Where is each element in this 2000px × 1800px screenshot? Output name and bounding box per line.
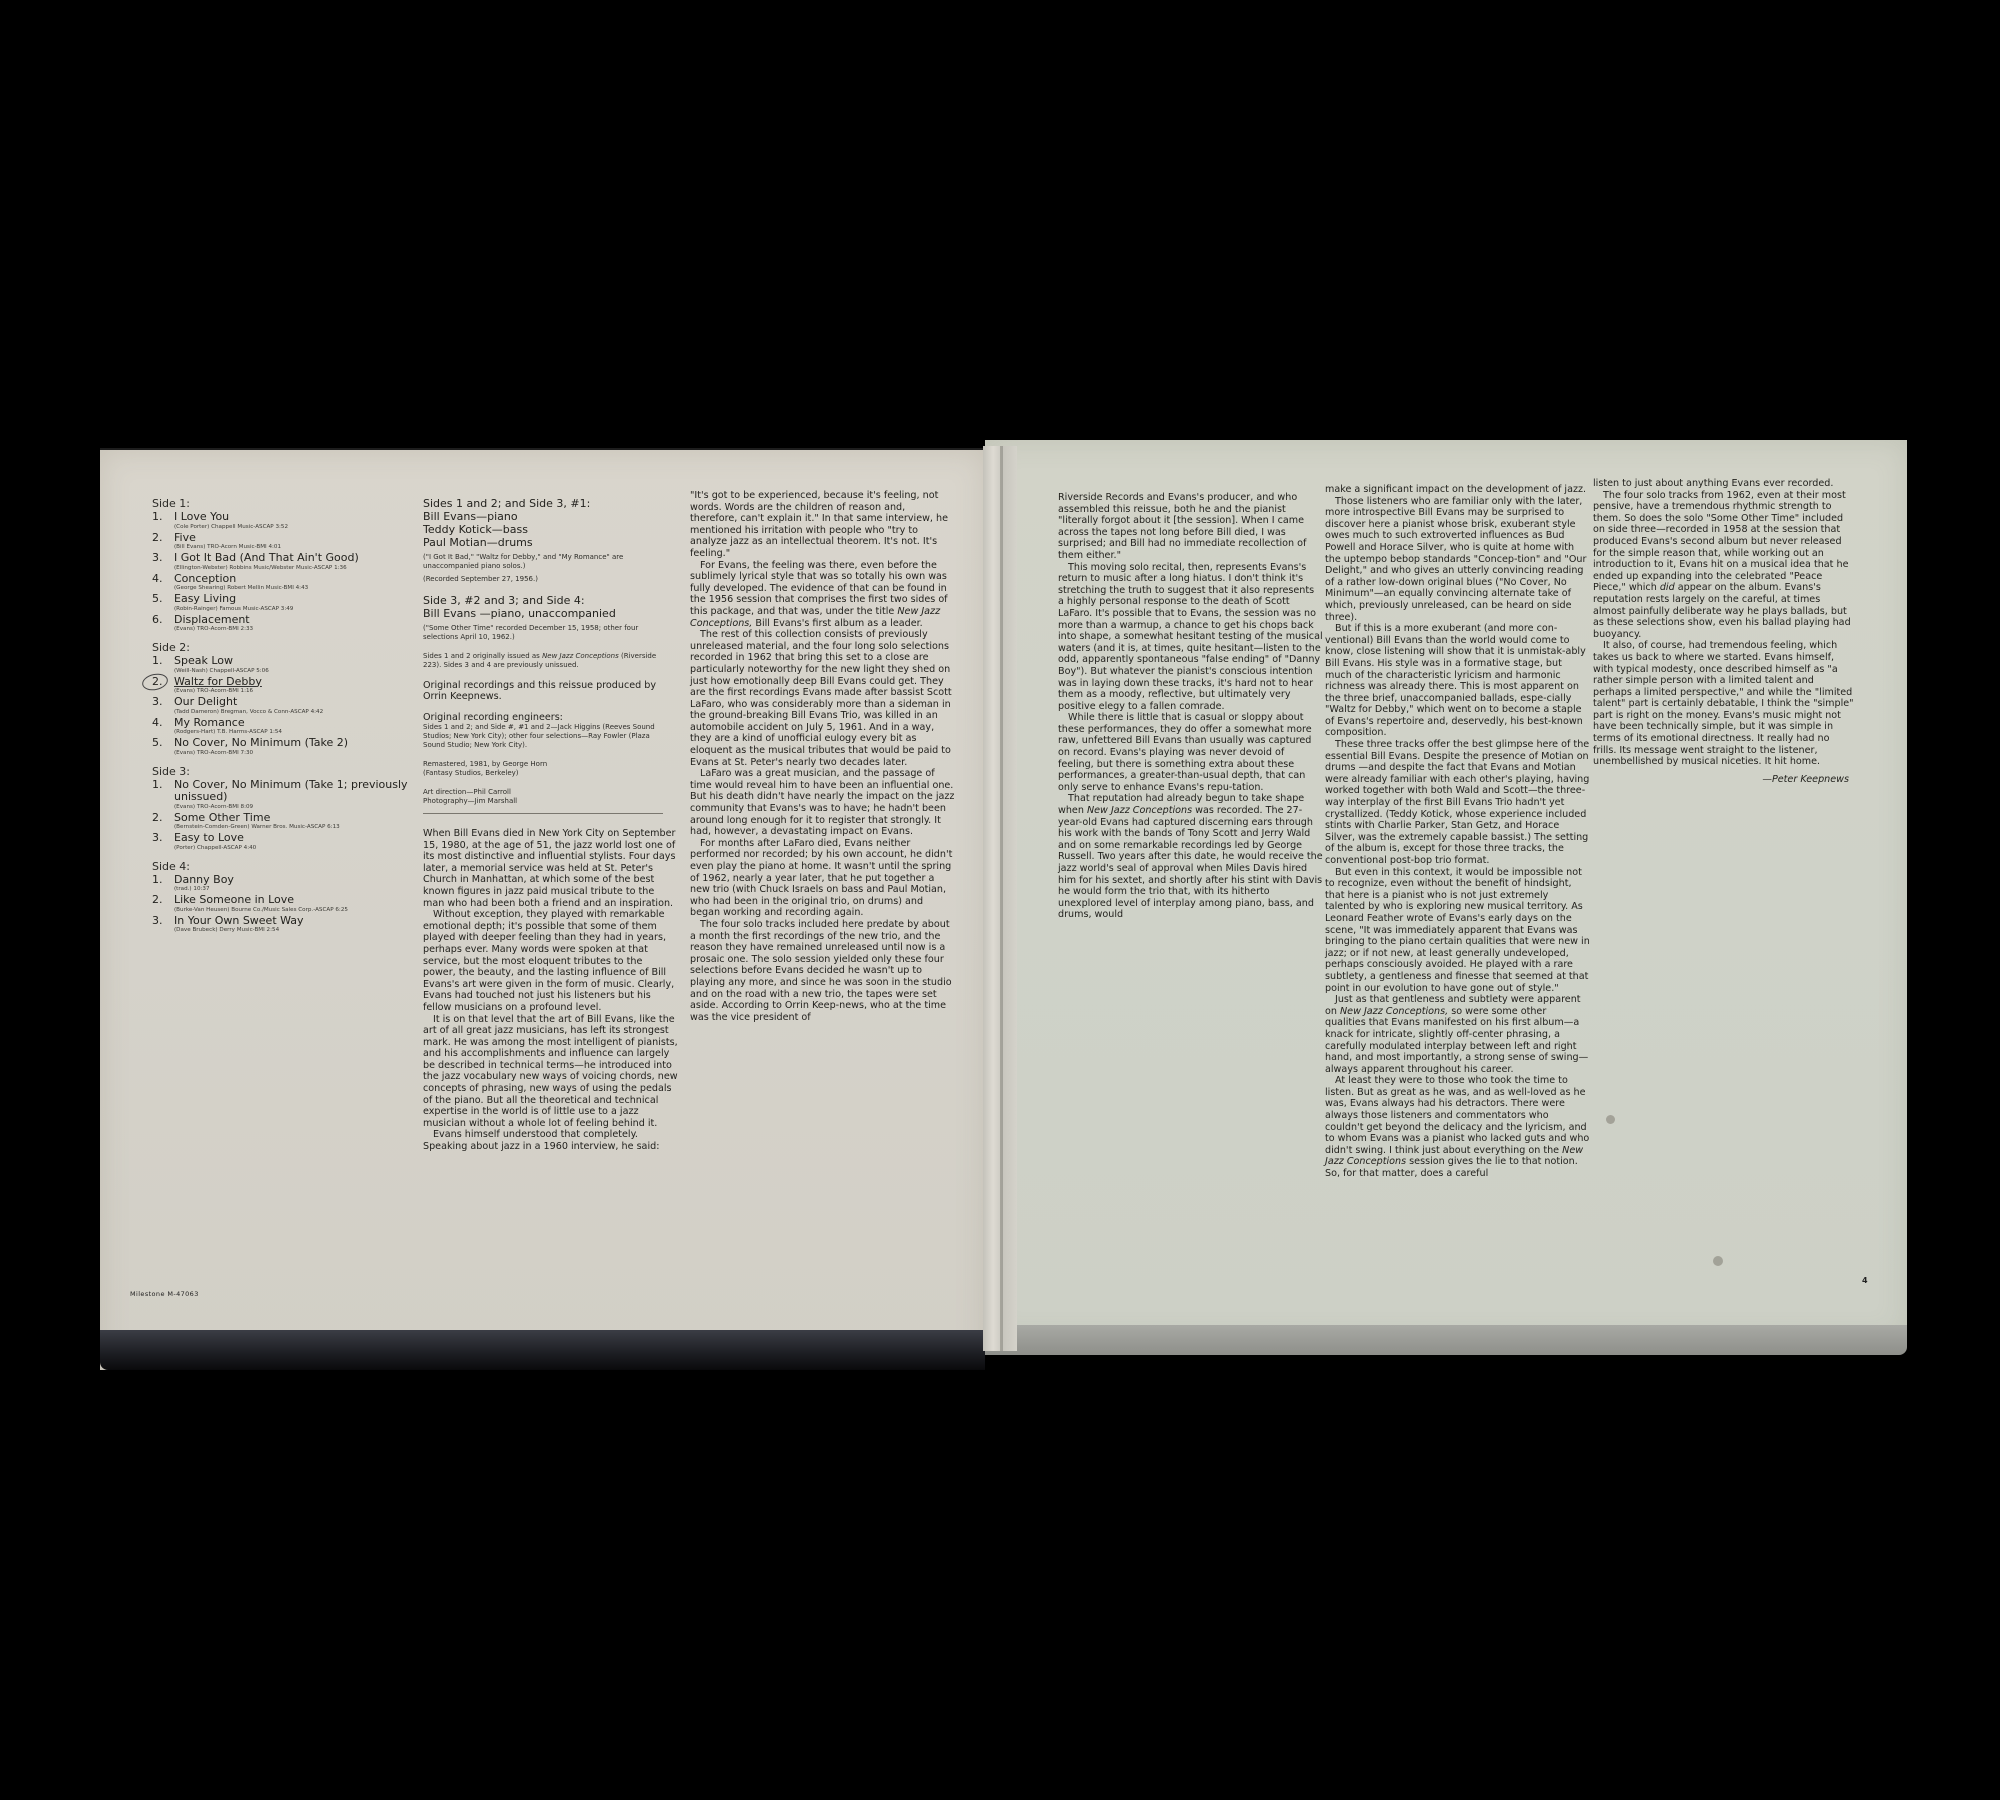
essay-paragraph: Just as that gentleness and subtlety wer… (1325, 994, 1590, 1075)
track-credit: (Evans) TRO-Acorn-BMI 8:09 (174, 804, 432, 811)
track-number: 2. (152, 676, 174, 696)
engineers-heading: Original recording engineers: (423, 712, 673, 723)
personnel-line: Paul Motian—drums (423, 536, 673, 549)
track-title: In Your Own Sweet Way (174, 915, 432, 928)
track-number: 2. (152, 812, 174, 832)
track-item: 3.Easy to Love(Porter) Chappell-ASCAP 4:… (152, 832, 432, 852)
tracklist: Side 1: 1.I Love You(Cole Porter) Chappe… (152, 497, 432, 934)
catalog-number: Milestone M-47063 (130, 1290, 199, 1298)
producer-credit: Original recordings and this reissue pro… (423, 680, 673, 702)
session1-heading: Sides 1 and 2; and Side 3, #1: (423, 497, 673, 510)
track-item: 1.Speak Low(Weill-Nash) Chappell-ASCAP 5… (152, 655, 432, 675)
personnel-line: Bill Evans —piano, unaccompanied (423, 607, 673, 620)
session2-note: ("Some Other Time" recorded December 15,… (423, 624, 673, 642)
essay-paragraph: Evans himself understood that completely… (423, 1129, 678, 1152)
track-item: 4.Conception(George Shearing) Robert Mel… (152, 573, 432, 593)
track-item: 1.I Love You(Cole Porter) Chappell Music… (152, 511, 432, 531)
track-title: No Cover, No Minimum (Take 1; previously… (174, 779, 432, 804)
track-number: 4. (152, 717, 174, 737)
track-item: 6.Displacement(Evans) TRO-Acorn-BMI 2:33 (152, 614, 432, 634)
personnel-credits: Sides 1 and 2; and Side 3, #1: Bill Evan… (423, 497, 673, 806)
track-item: 5.No Cover, No Minimum (Take 2)(Evans) T… (152, 737, 432, 757)
track-item: 2.Some Other Time(Bernstein-Comden-Green… (152, 812, 432, 832)
track-credit: (Burke-Van Heusen) Bourne Co./Music Sale… (174, 907, 432, 914)
remastered-studio: (Fantasy Studios, Berkeley) (423, 769, 673, 778)
track-number: 1. (152, 511, 174, 531)
remastered-credit: Remastered, 1981, by George Horn (423, 760, 673, 769)
essay-paragraph: But if this is a more exuberant (and mor… (1325, 623, 1590, 739)
essay-paragraph: Riverside Records and Evans's producer, … (1058, 492, 1323, 562)
track-title: My Romance (174, 717, 432, 730)
essay-paragraph: listen to just about anything Evans ever… (1593, 478, 1855, 490)
track-title: Some Other Time (174, 812, 432, 825)
track-credit: (Tadd Dameron) Bregman, Vocco & Conn-ASC… (174, 709, 432, 716)
track-title: Conception (174, 573, 432, 586)
side-heading: Side 4: (152, 860, 432, 873)
stain-spot (1606, 1115, 1615, 1124)
track-title: I Got It Bad (And That Ain't Good) (174, 552, 432, 565)
track-credit: (Bernstein-Comden-Green) Warner Bros. Mu… (174, 824, 432, 831)
track-title: Danny Boy (174, 874, 432, 887)
track-credit: (Porter) Chappell-ASCAP 4:40 (174, 845, 432, 852)
track-title: Five (174, 532, 432, 545)
track-number: 1. (152, 874, 174, 894)
essay-paragraph: For months after LaFaro died, Evans neit… (690, 838, 955, 919)
session1-date: (Recorded September 27, 1956.) (423, 575, 673, 584)
liner-notes-column-4: make a significant impact on the develop… (1325, 484, 1590, 1180)
essay-paragraph: It also, of course, had tremendous feeli… (1593, 640, 1855, 768)
track-credit: (Evans) TRO-Acorn-BMI 1:16 (174, 688, 432, 695)
essay-paragraph: LaFaro was a great musician, and the pas… (690, 768, 955, 838)
session1-note: ("I Got It Bad," "Waltz for Debby," and … (423, 553, 673, 571)
original-issue-note: Sides 1 and 2 originally issued as New J… (423, 652, 673, 670)
track-credit: (Dave Brubeck) Derry Music-BMI 2:54 (174, 927, 432, 934)
essay-paragraph: At least they were to those who took the… (1325, 1075, 1590, 1179)
track-credit: (George Shearing) Robert Mellin Music-BM… (174, 585, 432, 592)
track-number: 1. (152, 779, 174, 811)
essay-paragraph: This moving solo recital, then, represen… (1058, 562, 1323, 713)
essay-paragraph: But even in this context, it would be im… (1325, 867, 1590, 995)
track-credit: (Bill Evans) TRO-Acorn Music-BMI 4:01 (174, 544, 432, 551)
essay-paragraph: Those listeners who are familiar only wi… (1325, 496, 1590, 624)
side-heading: Side 2: (152, 641, 432, 654)
track-title: Easy Living (174, 593, 432, 606)
spine-fold-line (1000, 446, 1003, 1351)
track-number: 5. (152, 737, 174, 757)
personnel-line: Bill Evans—piano (423, 510, 673, 523)
track-item: 3.In Your Own Sweet Way(Dave Brubeck) De… (152, 915, 432, 935)
track-credit: (Evans) TRO-Acorn-BMI 7:30 (174, 750, 432, 757)
track-title: Like Someone in Love (174, 894, 432, 907)
photography-credit: Photography—Jim Marshall (423, 797, 673, 806)
liner-notes-column-5: listen to just about anything Evans ever… (1593, 478, 1855, 785)
track-number: 6. (152, 614, 174, 634)
stain-spot (1713, 1256, 1723, 1266)
track-item: 5.Easy Living(Robin-Rainger) Famous Musi… (152, 593, 432, 613)
track-number: 2. (152, 532, 174, 552)
track-item: 2.Waltz for Debby(Evans) TRO-Acorn-BMI 1… (152, 676, 432, 696)
track-item: 4.My Romance(Rodgers-Hart) T.B. Harms-AS… (152, 717, 432, 737)
track-credit: (Evans) TRO-Acorn-BMI 2:33 (174, 626, 432, 633)
track-credit: (Rodgers-Hart) T.B. Harms-ASCAP 1:54 (174, 729, 432, 736)
track-number: 1. (152, 655, 174, 675)
side-heading: Side 3: (152, 765, 432, 778)
essay-paragraph: The four solo tracks included here preda… (690, 919, 955, 1023)
personnel-line: Teddy Kotick—bass (423, 523, 673, 536)
track-credit: (Cole Porter) Chappell Music-ASCAP 3:52 (174, 524, 432, 531)
essay-paragraph: Without exception, they played with rema… (423, 909, 678, 1013)
track-title: Easy to Love (174, 832, 432, 845)
track-title: No Cover, No Minimum (Take 2) (174, 737, 432, 750)
track-credit: (trad.) 10:37 (174, 886, 432, 893)
track-credit: (Robin-Rainger) Famous Music-ASCAP 3:49 (174, 606, 432, 613)
right-panel-bottom-edge (985, 1325, 1907, 1355)
section-divider (423, 813, 663, 814)
track-credit: (Weill-Nash) Chappell-ASCAP 5:06 (174, 668, 432, 675)
essay-paragraph: make a significant impact on the develop… (1325, 484, 1590, 496)
essay-paragraph: These three tracks offer the best glimps… (1325, 739, 1590, 867)
track-title: Waltz for Debby (174, 676, 432, 689)
liner-notes-column-1: When Bill Evans died in New York City on… (423, 828, 678, 1153)
essay-paragraph: While there is little that is casual or … (1058, 712, 1323, 793)
track-number: 3. (152, 552, 174, 572)
page-number: 4 (1862, 1276, 1868, 1285)
track-title: Displacement (174, 614, 432, 627)
track-number: 3. (152, 832, 174, 852)
author-signature: —Peter Keepnews (1593, 774, 1855, 786)
track-item: 2.Like Someone in Love(Burke-Van Heusen)… (152, 894, 432, 914)
track-credit: (Ellington-Webster) Robbins Music/Webste… (174, 565, 432, 572)
essay-paragraph: The four solo tracks from 1962, even at … (1593, 490, 1855, 641)
track-number: 3. (152, 696, 174, 716)
essay-paragraph: It is on that level that the art of Bill… (423, 1014, 678, 1130)
essay-paragraph: That reputation had already begun to tak… (1058, 793, 1323, 921)
track-number: 5. (152, 593, 174, 613)
track-item: 3.Our Delight(Tadd Dameron) Bregman, Voc… (152, 696, 432, 716)
session2-heading: Side 3, #2 and 3; and Side 4: (423, 594, 673, 607)
track-number: 4. (152, 573, 174, 593)
left-panel-bottom-edge (100, 1330, 985, 1370)
liner-notes-column-2: "It's got to be experienced, because it'… (690, 490, 955, 1023)
track-number: 2. (152, 894, 174, 914)
liner-notes-column-3: Riverside Records and Evans's producer, … (1058, 492, 1323, 921)
track-item: 1.No Cover, No Minimum (Take 1; previous… (152, 779, 432, 811)
track-title: Our Delight (174, 696, 432, 709)
track-title: Speak Low (174, 655, 432, 668)
essay-paragraph: For Evans, the feeling was there, even b… (690, 560, 955, 630)
track-item: 1.Danny Boy(trad.) 10:37 (152, 874, 432, 894)
track-item: 3.I Got It Bad (And That Ain't Good)(Ell… (152, 552, 432, 572)
engineers-detail: Sides 1 and 2; and Side #, #1 and 2—Jack… (423, 723, 673, 750)
track-title: I Love You (174, 511, 432, 524)
side-heading: Side 1: (152, 497, 432, 510)
track-number: 3. (152, 915, 174, 935)
essay-paragraph: "It's got to be experienced, because it'… (690, 490, 955, 560)
essay-paragraph: The rest of this collection consists of … (690, 629, 955, 768)
essay-paragraph: When Bill Evans died in New York City on… (423, 828, 678, 909)
art-direction-credit: Art direction—Phil Carroll (423, 788, 673, 797)
track-item: 2.Five(Bill Evans) TRO-Acorn Music-BMI 4… (152, 532, 432, 552)
